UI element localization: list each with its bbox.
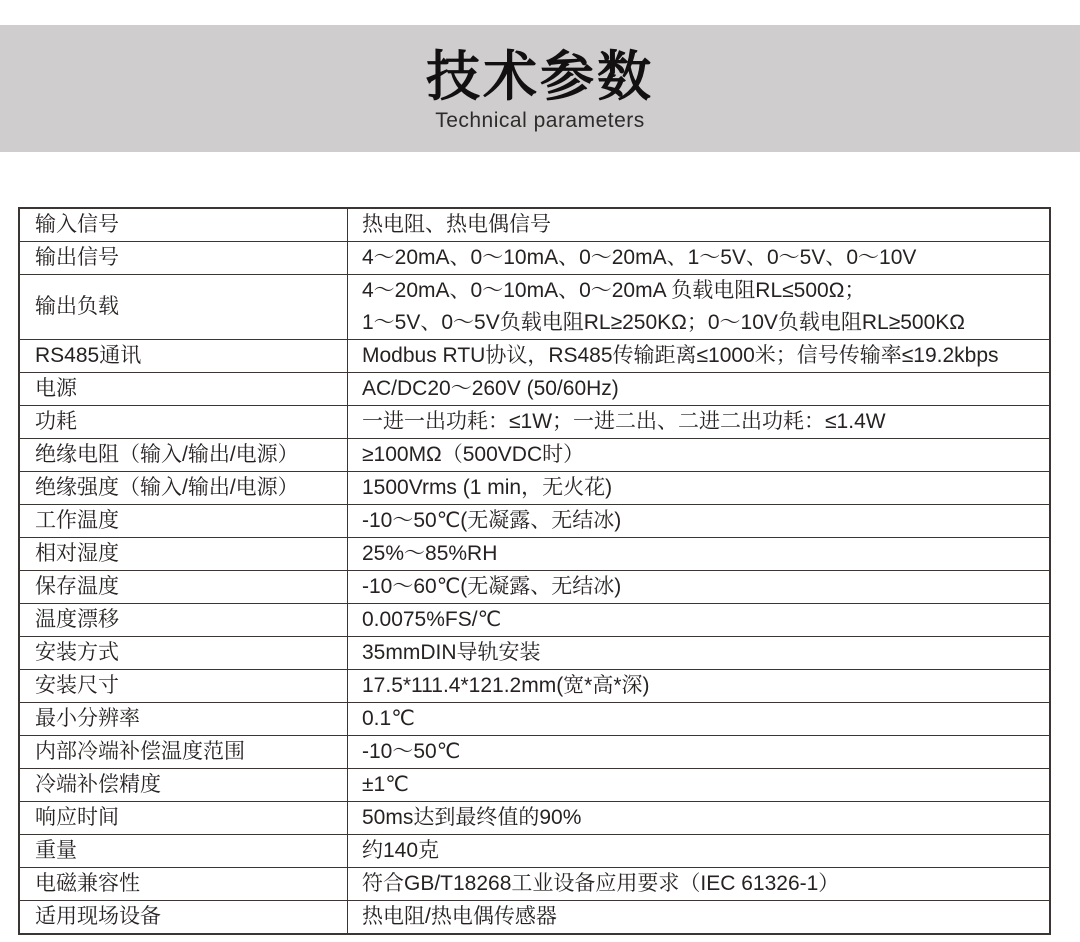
table-row: 内部冷端补偿温度范围 -10～50℃ (19, 736, 1050, 769)
parameter-value: 符合GB/T18268工业设备应用要求（IEC 61326-1） (348, 868, 1051, 901)
parameter-value: 0.1℃ (348, 703, 1051, 736)
table-row: RS485通讯 Modbus RTU协议，RS485传输距离≤1000米；信号传… (19, 340, 1050, 373)
parameter-value: Modbus RTU协议，RS485传输距离≤1000米；信号传输率≤19.2k… (348, 340, 1051, 373)
parameter-value: 热电阻、热电偶信号 (348, 208, 1051, 242)
parameter-value: -10～50℃(无凝露、无结冰) (348, 505, 1051, 538)
parameter-label: 功耗 (19, 406, 348, 439)
page-subtitle: Technical parameters (435, 109, 645, 133)
parameter-label: 冷端补偿精度 (19, 769, 348, 802)
header-banner: 技术参数 Technical parameters (0, 25, 1080, 152)
parameter-value: 17.5*111.4*121.2mm(宽*高*深) (348, 670, 1051, 703)
parameters-table-body: 输入信号 热电阻、热电偶信号 输出信号 4～20mA、0～10mA、0～20mA… (19, 208, 1050, 934)
parameter-label: 输入信号 (19, 208, 348, 242)
parameter-value: 4～20mA、0～10mA、0～20mA、1～5V、0～5V、0～10V (348, 242, 1051, 275)
parameter-label: 电源 (19, 373, 348, 406)
parameter-label: 输出信号 (19, 242, 348, 275)
table-row: 保存温度 -10～60℃(无凝露、无结冰) (19, 571, 1050, 604)
page-title: 技术参数 (426, 50, 654, 105)
parameter-label: 响应时间 (19, 802, 348, 835)
table-row: 温度漂移 0.0075%FS/℃ (19, 604, 1050, 637)
table-row: 重量 约140克 (19, 835, 1050, 868)
parameter-value: ≥100MΩ（500VDC时） (348, 439, 1051, 472)
parameter-value: 0.0075%FS/℃ (348, 604, 1051, 637)
table-row: 功耗 一进一出功耗：≤1W；一进二出、二进二出功耗：≤1.4W (19, 406, 1050, 439)
parameter-label: 安装方式 (19, 637, 348, 670)
parameter-value: 热电阻/热电偶传感器 (348, 901, 1051, 935)
parameter-label: 工作温度 (19, 505, 348, 538)
table-row: 最小分辨率 0.1℃ (19, 703, 1050, 736)
parameter-value: AC/DC20～260V (50/60Hz) (348, 373, 1051, 406)
parameter-label: RS485通讯 (19, 340, 348, 373)
table-row: 适用现场设备 热电阻/热电偶传感器 (19, 901, 1050, 935)
table-row: 安装尺寸 17.5*111.4*121.2mm(宽*高*深) (19, 670, 1050, 703)
parameter-value: 25%～85%RH (348, 538, 1051, 571)
table-row: 输入信号 热电阻、热电偶信号 (19, 208, 1050, 242)
parameter-label: 电磁兼容性 (19, 868, 348, 901)
parameter-label: 最小分辨率 (19, 703, 348, 736)
parameter-value: 1500Vrms (1 min，无火花) (348, 472, 1051, 505)
table-row: 电磁兼容性 符合GB/T18268工业设备应用要求（IEC 61326-1） (19, 868, 1050, 901)
parameter-label: 绝缘电阻（输入/输出/电源） (19, 439, 348, 472)
parameters-table: 输入信号 热电阻、热电偶信号 输出信号 4～20mA、0～10mA、0～20mA… (18, 207, 1051, 935)
table-row: 冷端补偿精度 ±1℃ (19, 769, 1050, 802)
parameter-label: 重量 (19, 835, 348, 868)
table-row: 绝缘电阻（输入/输出/电源） ≥100MΩ（500VDC时） (19, 439, 1050, 472)
table-row: 相对湿度 25%～85%RH (19, 538, 1050, 571)
table-row: 输出负载 4～20mA、0～10mA、0～20mA 负载电阻RL≤500Ω；1～… (19, 275, 1050, 340)
parameter-value: 50ms达到最终值的90% (348, 802, 1051, 835)
parameter-label: 绝缘强度（输入/输出/电源） (19, 472, 348, 505)
parameter-value: ±1℃ (348, 769, 1051, 802)
parameter-value: 一进一出功耗：≤1W；一进二出、二进二出功耗：≤1.4W (348, 406, 1051, 439)
parameter-label: 安装尺寸 (19, 670, 348, 703)
parameter-label: 相对湿度 (19, 538, 348, 571)
parameter-label: 内部冷端补偿温度范围 (19, 736, 348, 769)
table-row: 绝缘强度（输入/输出/电源） 1500Vrms (1 min，无火花) (19, 472, 1050, 505)
parameters-table-wrap: 输入信号 热电阻、热电偶信号 输出信号 4～20mA、0～10mA、0～20mA… (18, 207, 1051, 935)
parameter-label: 适用现场设备 (19, 901, 348, 935)
parameter-label: 输出负载 (19, 275, 348, 340)
parameter-label: 保存温度 (19, 571, 348, 604)
parameter-value: -10～60℃(无凝露、无结冰) (348, 571, 1051, 604)
parameter-value: 4～20mA、0～10mA、0～20mA 负载电阻RL≤500Ω；1～5V、0～… (348, 275, 1051, 340)
table-row: 电源 AC/DC20～260V (50/60Hz) (19, 373, 1050, 406)
table-row: 安装方式 35mmDIN导轨安装 (19, 637, 1050, 670)
table-row: 响应时间 50ms达到最终值的90% (19, 802, 1050, 835)
parameter-label: 温度漂移 (19, 604, 348, 637)
table-row: 工作温度 -10～50℃(无凝露、无结冰) (19, 505, 1050, 538)
table-row: 输出信号 4～20mA、0～10mA、0～20mA、1～5V、0～5V、0～10… (19, 242, 1050, 275)
parameter-value: 约140克 (348, 835, 1051, 868)
parameter-value: 35mmDIN导轨安装 (348, 637, 1051, 670)
parameter-value: -10～50℃ (348, 736, 1051, 769)
